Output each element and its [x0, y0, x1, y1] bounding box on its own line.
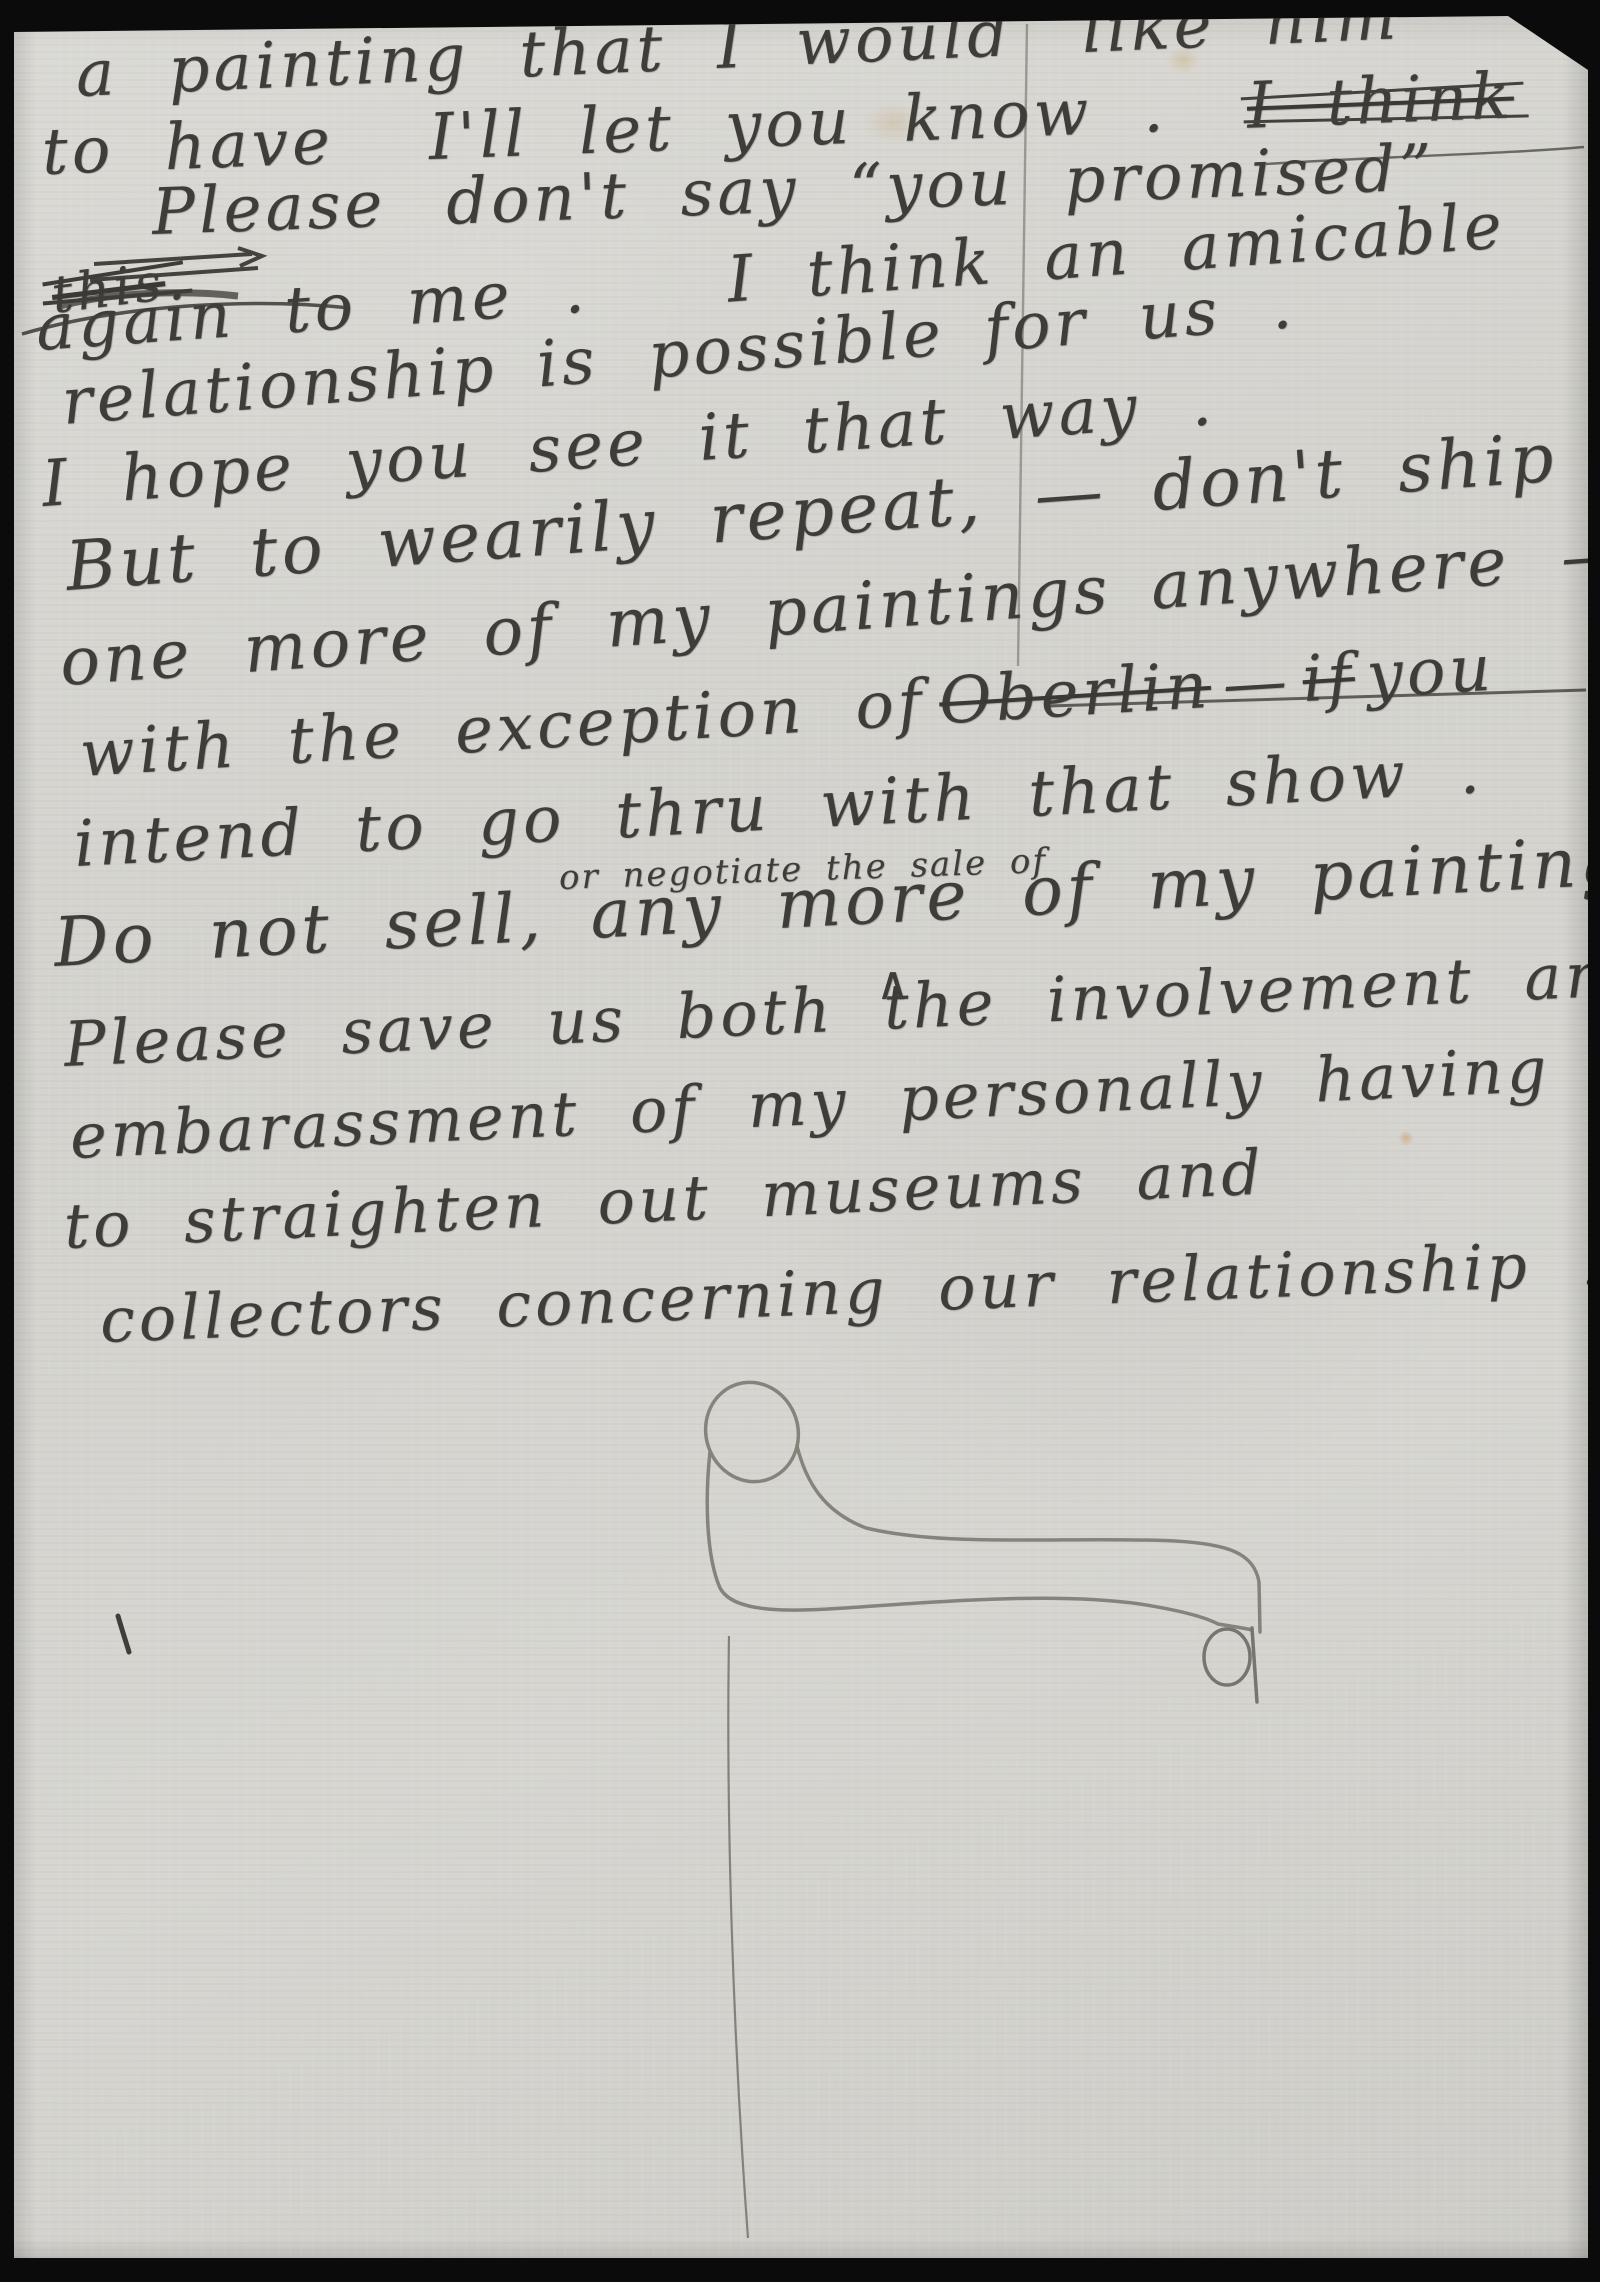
- insertion-caret: ∧: [876, 956, 914, 1010]
- paper-stain: [1398, 1130, 1414, 1146]
- stray-mark: [118, 1616, 129, 1652]
- handwritten-text: Do not sell,: [52, 878, 546, 983]
- scan-background: a painting that I wouldlike him to haveI…: [0, 0, 1600, 2282]
- long-vertical-line: [728, 1636, 748, 2238]
- sketch-corner: [1218, 1624, 1252, 1630]
- sketch-lower-edge: [707, 1452, 1218, 1624]
- handwritten-text: like him: [1080, 0, 1401, 68]
- handwritten-text: Please: [151, 168, 388, 250]
- pipe-sketch: [693, 1370, 1260, 1702]
- handwritten-text: —: [1221, 644, 1293, 722]
- sketch-upper-edge: [797, 1446, 1260, 1632]
- letter-page: a painting that I wouldlike him to haveI…: [14, 16, 1588, 2258]
- sketch-loop-tail: [1252, 1628, 1257, 1702]
- sketch-knob: [693, 1370, 811, 1494]
- handwritten-text: don't say: [445, 153, 801, 239]
- handwritten-text: you: [1364, 632, 1496, 714]
- handwritten-text: anywhere —: [1148, 514, 1600, 624]
- caret-mark: ∧: [876, 956, 914, 1010]
- struck-word: Oberlin: [937, 649, 1213, 739]
- sketch-loop: [1204, 1629, 1250, 1685]
- struck-word: I think: [1246, 59, 1516, 143]
- struck-word: if: [1300, 640, 1357, 717]
